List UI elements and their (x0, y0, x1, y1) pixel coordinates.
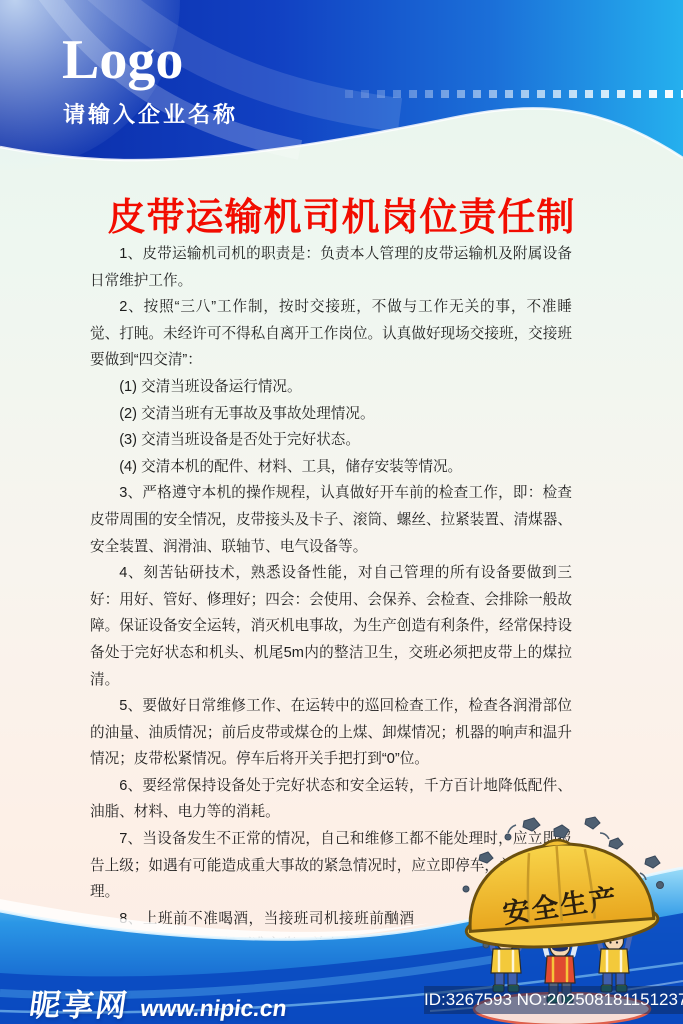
helmet-icon: 安全生产 (460, 833, 659, 952)
site-logo-text: 昵享网 (27, 988, 131, 1023)
poster-title: 皮带运输机司机岗位责任制 (0, 186, 683, 241)
poster-paragraph: 1、皮带运输机司机的职责是：负责本人管理的皮带运输机及附属设备日常维护工作。 (90, 241, 572, 294)
poster-subitem: (1) 交清当班设备运行情况。 (90, 374, 572, 401)
poster-paragraph: 5、要做好日常维修工作、在运转中的巡回检查工作，检查各润滑部位的油量、油质情况；… (90, 693, 572, 773)
poster-paragraph: 3、严格遵守本机的操作规程，认真做好开车前的检查工作，即：检查皮带周围的安全情况… (90, 480, 572, 560)
company-name-placeholder: 请输入企业名称 (63, 98, 238, 129)
logo-text: Logo (62, 28, 183, 92)
poster-subitem: (2) 交清当班有无事故及事故处理情况。 (90, 401, 572, 428)
dotted-line-decoration (345, 90, 683, 98)
poster-paragraph: 2、按照“三八”工作制，按时交接班，不做与工作无关的事，不准睡觉、打盹。未经许可… (90, 294, 572, 374)
poster-page: Logo 请输入企业名称 皮带运输机司机岗位责任制 1、皮带运输机司机的职责是：… (0, 0, 683, 1024)
poster-paragraph: 4、刻苦钻研技术，熟悉设备性能，对自己管理的所有设备要做到三好：用好、管好、修理… (90, 560, 572, 693)
id-badge: ID:3267593 NO:20250818115123772106 (424, 986, 683, 1014)
site-watermark: 昵享网 www.nipic.cn (27, 980, 291, 1024)
poster-subitem: (4) 交清本机的配件、材料、工具，储存安装等情况。 (90, 454, 572, 481)
site-url-text: www.nipic.cn (139, 995, 289, 1021)
poster-subitem: (3) 交清当班设备是否处于完好状态。 (90, 427, 572, 454)
